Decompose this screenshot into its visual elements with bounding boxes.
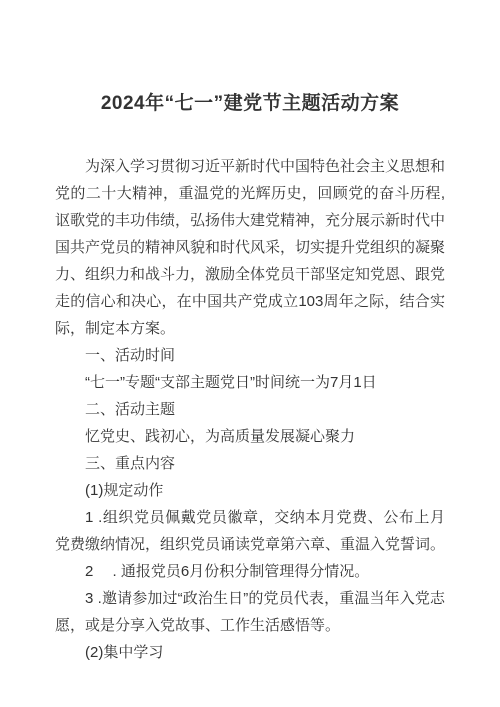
- paragraph-activity-theme: 忆党史、践初心，为高质量发展凝心聚力: [55, 423, 445, 450]
- paragraph-intro: 为深入学习贯彻习近平新时代中国特色社会主义思想和党的二十大精神，重温党的光辉历史…: [55, 153, 445, 342]
- document-body: 为深入学习贯彻习近平新时代中国特色社会主义思想和党的二十大精神，重温党的光辉历史…: [55, 153, 445, 666]
- paragraph-item-3: 3 .邀请参加过“政治生日”的党员代表，重温当年入党志愿，或是分享入党故事、工作…: [55, 585, 445, 639]
- paragraph-item-1: 1 .组织党员佩戴党员徽章，交纳本月党费、公布上月党费缴纳情况，组织党员诵读党章…: [55, 504, 445, 558]
- subsection-heading-1: (1)规定动作: [55, 477, 445, 504]
- section-heading-3: 三、重点内容: [55, 450, 445, 477]
- document-title: 2024年“七一”建党节主题活动方案: [55, 0, 445, 116]
- subsection-heading-2: (2)集中学习: [55, 639, 445, 666]
- paragraph-activity-time: “七一”专题“支部主题党日”时间统一为7月1日: [55, 369, 445, 396]
- paragraph-item-2: 2 . 通报党员6月份积分制管理得分情况。: [55, 558, 445, 585]
- section-heading-2: 二、活动主题: [55, 396, 445, 423]
- section-heading-1: 一、活动时间: [55, 342, 445, 369]
- document-page: 2024年“七一”建党节主题活动方案 为深入学习贯彻习近平新时代中国特色社会主义…: [0, 0, 500, 707]
